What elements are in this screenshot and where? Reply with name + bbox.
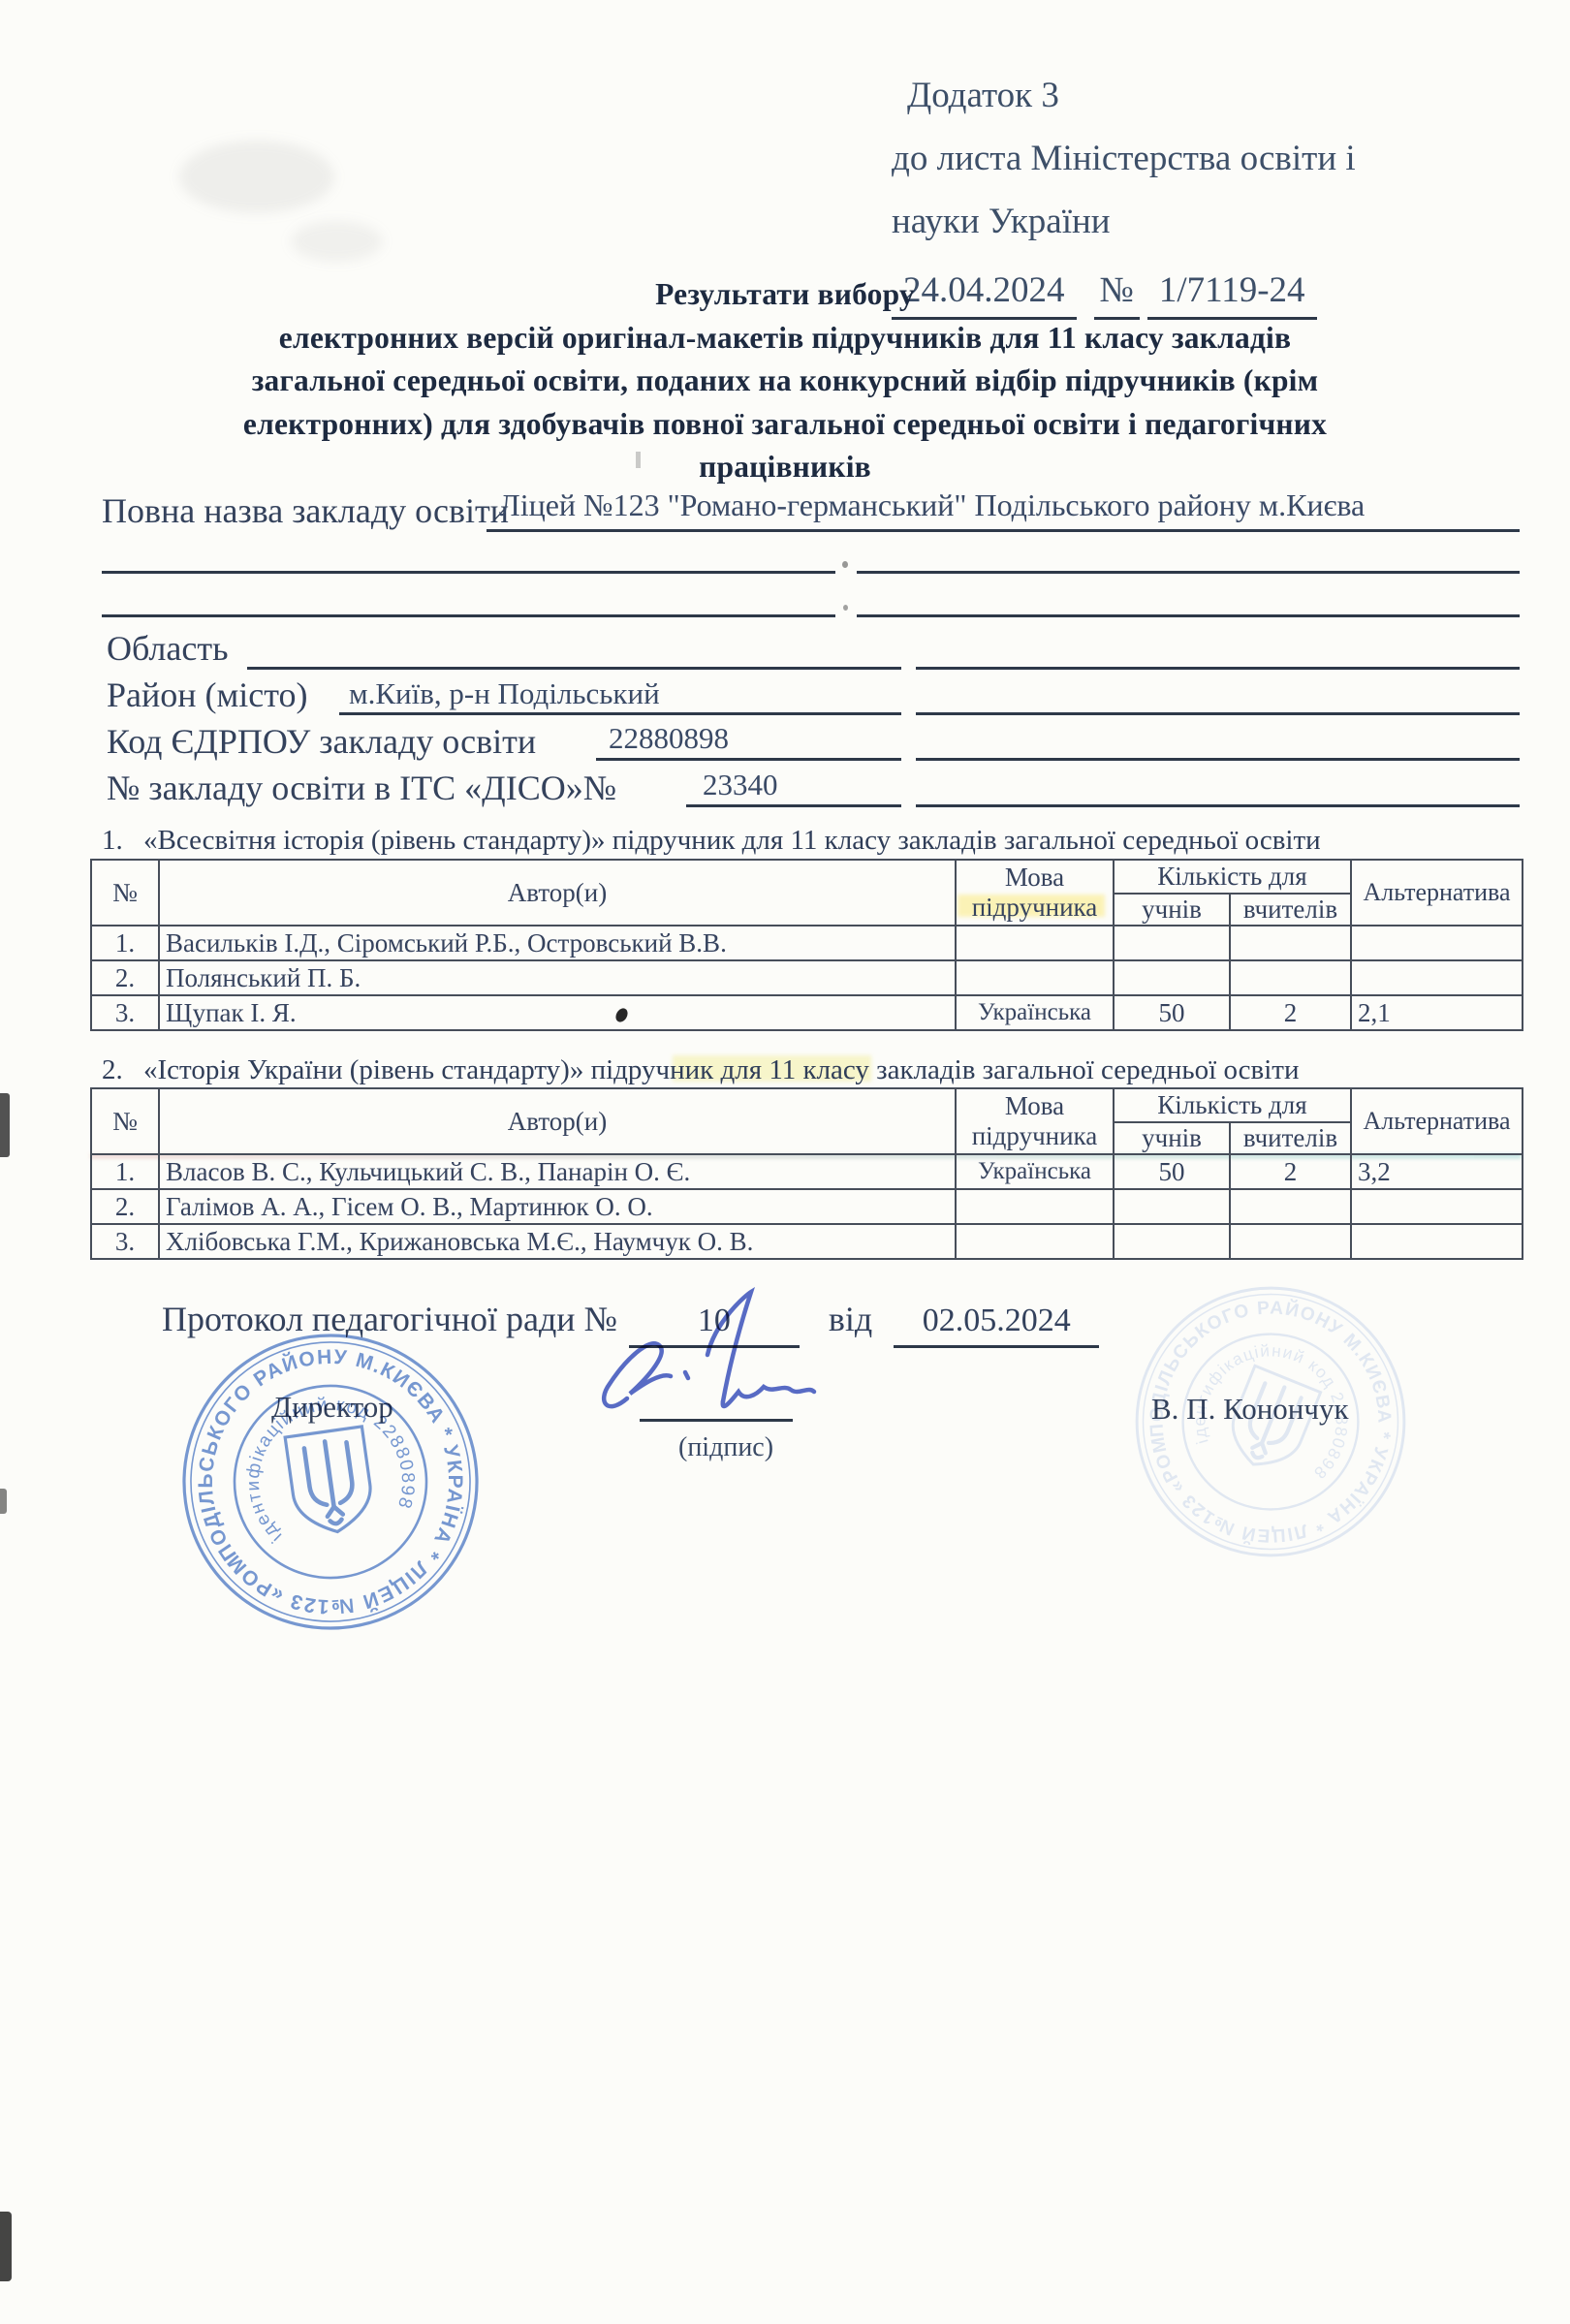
blank-underline	[857, 571, 1520, 574]
row-teachers-count: 2	[1230, 995, 1351, 1030]
col-qty-header: Кількість для	[1114, 1088, 1351, 1122]
row-language	[956, 1189, 1114, 1224]
row-number: 3.	[91, 1224, 159, 1259]
row-language: Українська	[956, 1154, 1114, 1189]
row-teachers-count	[1230, 1224, 1351, 1259]
row-alternative	[1351, 1224, 1523, 1259]
row-language	[956, 1224, 1114, 1259]
table-2: № Автор(и) Мова підручника Кількість для…	[90, 1087, 1523, 1260]
scan-smudge	[179, 141, 334, 213]
row-alternative: 3,2	[1351, 1154, 1523, 1189]
table-1-row-2: 2. Полянський П. Б.	[91, 960, 1523, 995]
school-seal: ПОДІЛЬСЬКОГО РАЙОНУ М.КИЄВА * УКРАЇНА * …	[154, 1305, 507, 1658]
col-authors-header: Автор(и)	[159, 860, 956, 926]
col-no-header: №	[91, 860, 159, 926]
col-lang-line2: підручника	[962, 893, 1107, 923]
col-lang-header: Мова підручника	[956, 860, 1114, 926]
section-2-heading: 2. «Історія України (рівень стандарту)» …	[102, 1054, 1299, 1086]
row-students-count	[1114, 1224, 1230, 1259]
title-line-4: електронних) для здобувачів повної загал…	[73, 403, 1497, 447]
row-number: 3.	[91, 995, 159, 1030]
col-teachers-header: вчителів	[1230, 1122, 1351, 1154]
row-students-count	[1114, 1189, 1230, 1224]
blank-underline	[102, 614, 835, 617]
section-1-heading: 1. «Всесвітня історія (рівень стандарту)…	[102, 825, 1321, 857]
diso-value: 23340	[703, 768, 778, 802]
section-1-title: «Всесвітня історія (рівень стандарту)» п…	[143, 825, 1321, 857]
col-lang-line1: Мова	[962, 863, 1107, 893]
school-name-label: Повна назва закладу освіти	[102, 490, 509, 531]
scan-edge-mark	[0, 1093, 10, 1157]
row-teachers-count	[1230, 960, 1351, 995]
table-1-header-row-1: № Автор(и) Мова підручника Кількість для…	[91, 860, 1523, 894]
row-authors: Хлібовська Г.М., Крижановська М.Є., Наум…	[159, 1224, 956, 1259]
edrpou-value: 22880898	[609, 721, 729, 756]
edrpou-underline	[916, 758, 1520, 761]
col-teachers-header: вчителів	[1230, 894, 1351, 926]
director-label: Директор	[271, 1390, 393, 1425]
diso-underline	[916, 804, 1520, 807]
row-number: 1.	[91, 1154, 159, 1189]
section-2-title: «Історія України (рівень стандарту)» під…	[143, 1054, 1299, 1086]
col-lang-header: Мова підручника	[956, 1088, 1114, 1154]
row-language	[956, 960, 1114, 995]
protocol-line: Протокол педагогічної ради №10від02.05.2…	[162, 1299, 1099, 1348]
row-students-count: 50	[1114, 1154, 1230, 1189]
ministry-line-2: науки України	[892, 190, 1356, 253]
row-language: Українська	[956, 995, 1114, 1030]
district-underline	[339, 712, 901, 715]
protocol-label: Протокол педагогічної ради №	[162, 1300, 617, 1338]
region-underline	[247, 667, 901, 670]
diso-underline	[686, 804, 901, 807]
region-label: Область	[107, 628, 229, 669]
col-students-header: учнів	[1114, 1122, 1230, 1154]
district-label: Район (місто)	[107, 675, 308, 715]
edrpou-underline	[596, 758, 901, 761]
row-authors: Власов В. С., Кульчицький С. В., Панарін…	[159, 1154, 956, 1189]
svg-text:ПОДІЛЬСЬКОГО РАЙОНУ М.КИЄВА *: ПОДІЛЬСЬКОГО РАЙОНУ М.КИЄВА * УКРАЇНА * …	[154, 1305, 507, 1658]
title-line-5: працівників	[73, 446, 1497, 489]
col-qty-header: Кількість для	[1114, 860, 1351, 894]
protocol-date: 02.05.2024	[894, 1303, 1099, 1348]
protocol-vid-label: від	[829, 1300, 872, 1338]
ink-dot	[843, 605, 848, 611]
district-underline	[916, 712, 1520, 715]
row-alternative: 2,1	[1351, 995, 1523, 1030]
table-2-row-3: 3. Хлібовська Г.М., Крижановська М.Є., Н…	[91, 1224, 1523, 1259]
edrpou-label: Код ЄДРПОУ закладу освіти	[107, 721, 536, 762]
row-students-count	[1114, 960, 1230, 995]
row-students-count: 50	[1114, 995, 1230, 1030]
col-students-header: учнів	[1114, 894, 1230, 926]
director-name: В. П. Конончук	[1151, 1392, 1349, 1427]
row-authors: Галімов А. А., Гісем О. В., Мартинюк О. …	[159, 1189, 956, 1224]
title-line-3: загальної середньої освіти, поданих на к…	[73, 360, 1497, 403]
row-teachers-count: 2	[1230, 1154, 1351, 1189]
col-alt-header: Альтернатива	[1351, 1088, 1523, 1154]
col-lang-line1: Мова	[962, 1091, 1107, 1121]
seal-outer-text: ПОДІЛЬСЬКОГО РАЙОНУ М.КИЄВА * УКРАЇНА * …	[154, 1305, 507, 1658]
table-2-row-1: 1. Власов В. С., Кульчицький С. В., Пана…	[91, 1154, 1523, 1189]
diso-label: № закладу освіти в ІТС «ДІСО»№	[107, 768, 616, 808]
row-students-count	[1114, 926, 1230, 960]
school-name-underline	[487, 529, 1520, 532]
row-authors: Полянський П. Б.	[159, 960, 956, 995]
signature-line	[640, 1419, 793, 1422]
row-number: 1.	[91, 926, 159, 960]
col-authors-header: Автор(и)	[159, 1088, 956, 1154]
row-alternative	[1351, 960, 1523, 995]
trident-icon	[285, 1427, 376, 1537]
row-alternative	[1351, 1189, 1523, 1224]
ministry-line-1: до листа Міністерства освіти і	[892, 127, 1356, 190]
school-name-value: Ліцей №123 "Романо-германський" Подільсь…	[499, 487, 1365, 523]
title-line-2: електронних версій оригінал-макетів підр…	[73, 317, 1497, 361]
title-line-1: Результати вибору	[73, 273, 1497, 317]
col-lang-line2: підручника	[962, 1121, 1107, 1151]
table-2-row-2: 2. Галімов А. А., Гісем О. В., Мартинюк …	[91, 1189, 1523, 1224]
appendix-label: Додаток 3	[907, 64, 1356, 127]
table-1: № Автор(и) Мова підручника Кількість для…	[90, 859, 1523, 1031]
row-teachers-count	[1230, 1189, 1351, 1224]
ink-dot	[842, 561, 848, 568]
scanned-document-page: Додаток 3 до листа Міністерства освіти і…	[0, 0, 1570, 2324]
region-underline	[916, 667, 1520, 670]
blank-underline	[102, 571, 835, 574]
document-title: Результати вибору електронних версій ори…	[73, 273, 1497, 489]
blank-underline	[857, 614, 1520, 617]
table-2-header-row-1: № Автор(и) Мова підручника Кількість для…	[91, 1088, 1523, 1122]
section-1-number: 1.	[102, 825, 143, 857]
row-authors: Васильків І.Д., Сіромський Р.Б., Островс…	[159, 926, 956, 960]
row-authors: Щупак І. Я.	[159, 995, 956, 1030]
district-value: м.Київ, р-н Подільський	[349, 676, 660, 711]
scan-edge-mark	[0, 2212, 12, 2281]
signature-caption: (підпис)	[678, 1432, 773, 1463]
row-number: 2.	[91, 1189, 159, 1224]
section-2-number: 2.	[102, 1054, 143, 1086]
col-alt-header: Альтернатива	[1351, 860, 1523, 926]
row-teachers-count	[1230, 926, 1351, 960]
table-1-row-1: 1. Васильків І.Д., Сіромський Р.Б., Остр…	[91, 926, 1523, 960]
scan-smudge	[291, 221, 383, 262]
row-language	[956, 926, 1114, 960]
row-alternative	[1351, 926, 1523, 960]
protocol-number: 10	[629, 1303, 800, 1348]
col-no-header: №	[91, 1088, 159, 1154]
scan-edge-mark	[0, 1489, 7, 1514]
table-1-row-3: 3. Щупак І. Я. Українська 50 2 2,1	[91, 995, 1523, 1030]
row-number: 2.	[91, 960, 159, 995]
